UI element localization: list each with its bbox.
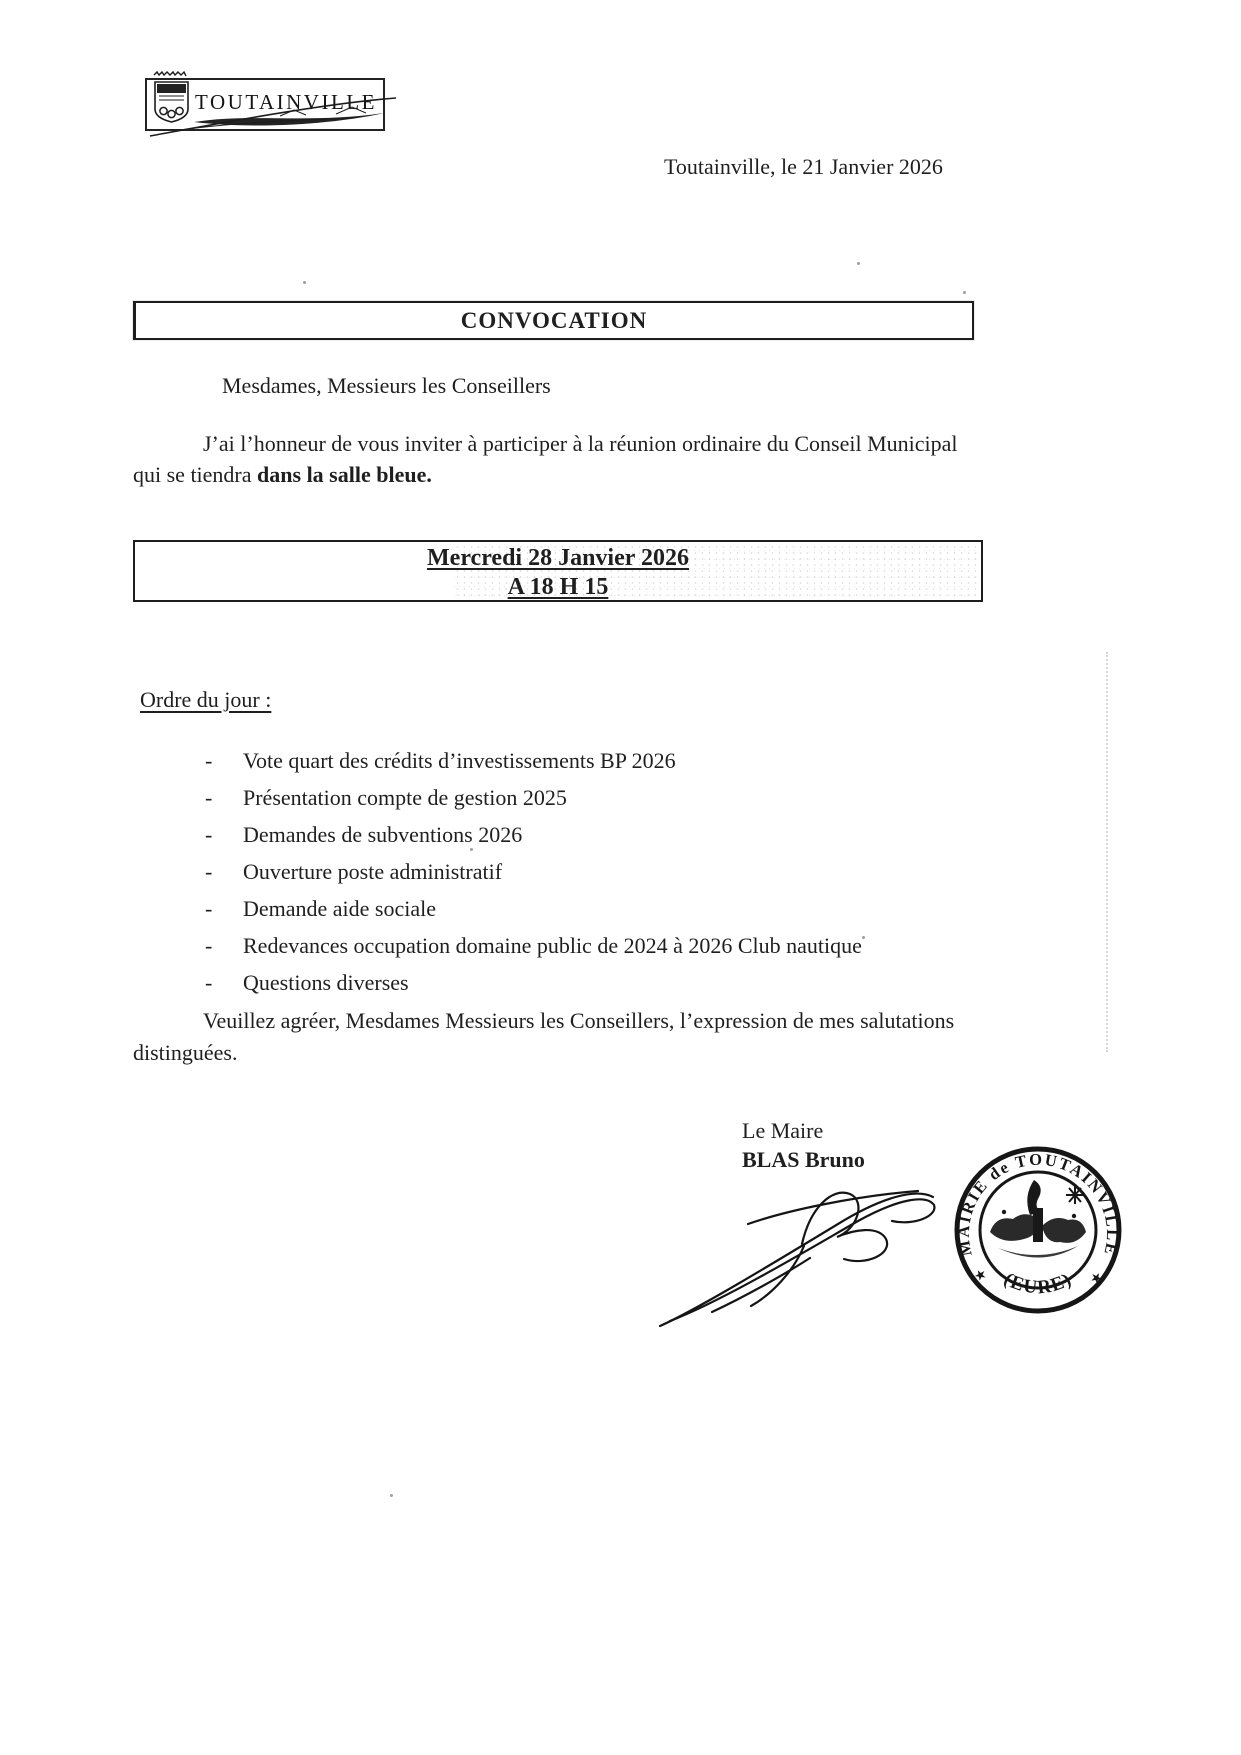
mairie-stamp: MAIRIE de TOUTAINVILLE (EURE) ★ ★ [946, 1136, 1130, 1320]
agenda-item: -Ouverture poste administratif [205, 859, 862, 896]
stamp-bottom-text: (EURE) [1000, 1269, 1076, 1299]
agenda-heading: Ordre du jour : [140, 686, 271, 714]
agenda-item: -Présentation compte de gestion 2025 [205, 785, 862, 822]
agenda-item-label: Présentation compte de gestion 2025 [243, 785, 567, 811]
agenda-item: -Demande aide sociale [205, 896, 862, 933]
agenda-item-label: Demandes de subventions 2026 [243, 822, 522, 848]
agenda-item: -Demandes de subventions 2026 [205, 822, 862, 859]
agenda-item: -Questions diverses [205, 970, 862, 1007]
agenda-item-label: Vote quart des crédits d’investissements… [243, 748, 676, 774]
bullet-dash: - [205, 785, 243, 811]
closing-line-1: Veuillez agréer, Mesdames Messieurs les … [133, 1007, 954, 1035]
agenda-item-label: Questions diverses [243, 970, 409, 996]
agenda-item-label: Redevances occupation domaine public de … [243, 933, 862, 959]
scan-margin-dashes [1106, 652, 1108, 1052]
stamp-bottom-text-holder: (EURE) [1000, 1269, 1076, 1299]
bullet-dash: - [205, 822, 243, 848]
scan-speck [862, 936, 865, 939]
signer-name: BLAS Bruno [742, 1146, 865, 1174]
title-box: CONVOCATION [133, 301, 974, 340]
handwritten-signature [652, 1180, 952, 1335]
document-page: TOUTAINVILLE Toutainville, le 21 Janvier… [0, 0, 1241, 1755]
agenda-item-label: Demande aide sociale [243, 896, 436, 922]
scan-speck [390, 1494, 393, 1497]
bullet-dash: - [205, 970, 243, 996]
stamp-star-right: ★ [1087, 1269, 1105, 1288]
dateline: Toutainville, le 21 Janvier 2026 [664, 153, 943, 181]
meeting-box: Mercredi 28 Janvier 2026 A 18 H 15 [133, 540, 983, 602]
agenda-item: -Vote quart des crédits d’investissement… [205, 748, 862, 785]
scan-speck [303, 281, 306, 284]
signer-role: Le Maire [742, 1117, 823, 1145]
agenda-item-label: Ouverture poste administratif [243, 859, 502, 885]
meeting-date: Mercredi 28 Janvier 2026 [427, 545, 689, 571]
intro-line-2-normal: qui se tiendra [133, 462, 257, 487]
agenda-item: -Redevances occupation domaine public de… [205, 933, 862, 970]
closing-line-2: distinguées. [133, 1039, 238, 1067]
stamp-sparkle [1066, 1186, 1084, 1204]
intro-line-2: qui se tiendra dans la salle bleue. [133, 461, 432, 489]
bullet-dash: - [205, 748, 243, 774]
page-title: CONVOCATION [461, 308, 647, 334]
scan-speck [963, 291, 966, 294]
scan-speck [857, 262, 860, 265]
bullet-dash: - [205, 896, 243, 922]
intro-line-2-bold: dans la salle bleue. [257, 462, 432, 487]
commune-letterhead: TOUTAINVILLE [140, 70, 402, 144]
salutation: Mesdames, Messieurs les Conseillers [222, 372, 551, 400]
intro-line-1: J’ai l’honneur de vous inviter à partici… [133, 430, 958, 458]
meeting-time: A 18 H 15 [508, 574, 609, 600]
bullet-dash: - [205, 933, 243, 959]
agenda-list: -Vote quart des crédits d’investissement… [205, 748, 862, 1007]
scan-speck [470, 848, 473, 851]
commune-name: TOUTAINVILLE [195, 90, 377, 114]
bullet-dash: - [205, 859, 243, 885]
